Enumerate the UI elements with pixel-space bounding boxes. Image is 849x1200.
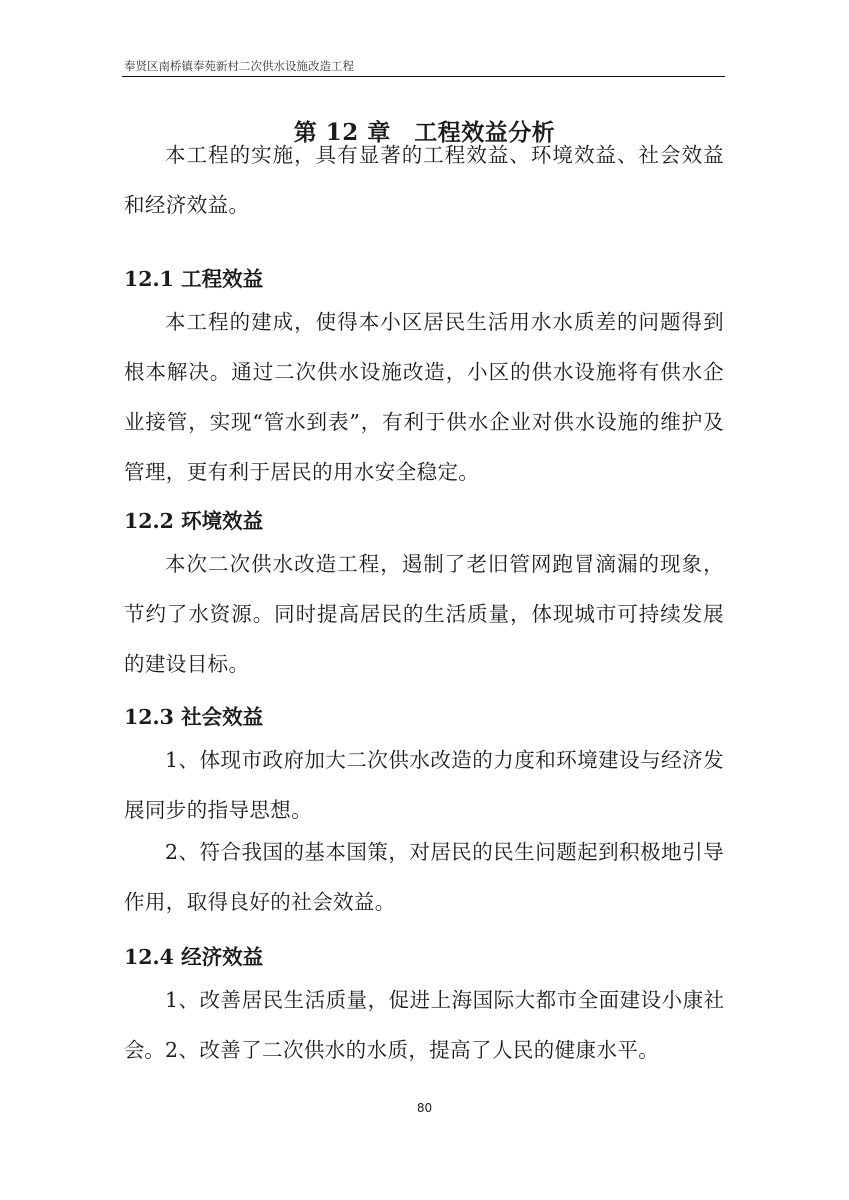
chapter-intro-paragraph: 本工程的实施，具有显著的工程效益、环境效益、社会效益和经济效益。 [124, 130, 724, 230]
section-12-3-item-2: 2、符合我国的基本国策，对居民的民生问题起到积极地引导作用，取得良好的社会效益。 [124, 827, 724, 927]
page-number: 80 [0, 1101, 849, 1115]
section-12-1-paragraph: 本工程的建成，使得本小区居民生活用水水质差的问题得到根本解决。通过二次供水设施改… [124, 297, 724, 497]
section-heading-12-3: 12.3 社会效益 [124, 700, 263, 730]
running-header: 奉贤区南桥镇奉苑新村二次供水设施改造工程 [124, 58, 354, 74]
section-12-2-paragraph: 本次二次供水改造工程，遏制了老旧管网跑冒滴漏的现象，节约了水资源。同时提高居民的… [124, 539, 724, 689]
section-heading-12-2: 12.2 环境效益 [124, 504, 263, 534]
header-divider [122, 76, 725, 77]
section-12-4-item-2: 2、改善了二次供水的水质，提高了人民的健康水平。 [124, 1025, 724, 1075]
section-heading-12-4: 12.4 经济效益 [124, 940, 263, 970]
section-heading-12-1: 12.1 工程效益 [124, 262, 263, 292]
section-12-3-item-1: 1、体现市政府加大二次供水改造的力度和环境建设与经济发展同步的指导思想。 [124, 735, 724, 835]
